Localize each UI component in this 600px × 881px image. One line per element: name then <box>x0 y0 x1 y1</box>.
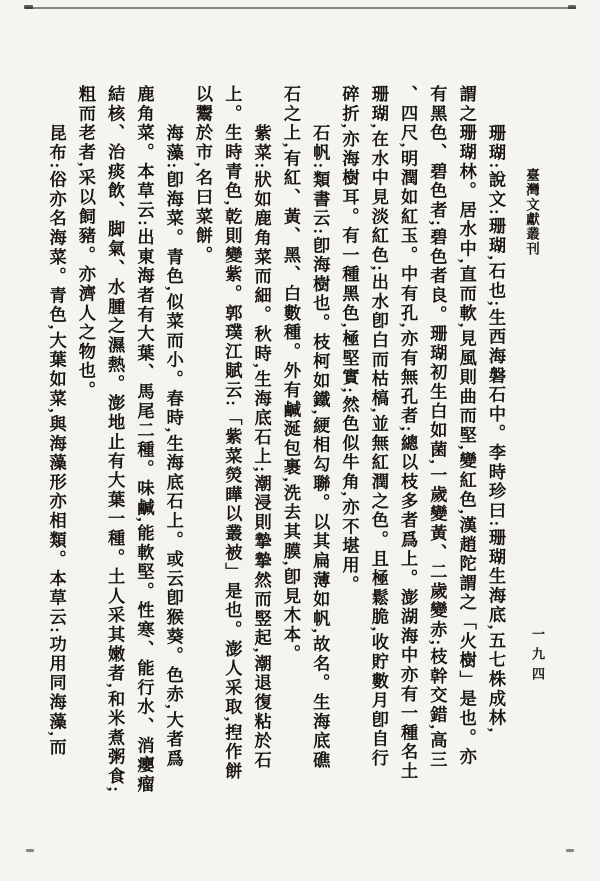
text-column: 上。生時青色,乾則變紫。郭璞江賦云:「紫菜熒曄以叢被」是也。澎人采取,揑作餅 <box>217 85 246 818</box>
text-column: 珊瑚,在水中見淡紅色;出水卽白而枯槁,並無紅潤之色。且極鬆脆,收貯數月卽自行 <box>364 85 393 818</box>
text-column: 鹿角菜。本草云:出東海者有大葉、馬尾二種。味鹹,能軟堅。性寒、能行水、消癭瘤 <box>129 85 158 818</box>
text-column: 石帆:類書云:卽海樹也。枝柯如鐵,綆相勾聯。以其扁薄如帆,故名。生海底礁 <box>305 85 334 818</box>
scan-corner-mark <box>24 5 33 9</box>
text-column: 石之上,有紅、黃、黑、白數種。外有鹹涎包裹,洗去其膜,卽見木本。 <box>276 85 305 818</box>
text-column: 紫菜:狀如鹿角菜而細。秋時,生海底石上;潮浸則摯摯然而竪起,潮退復粘於石 <box>246 85 275 818</box>
text-column: 海藻:卽海菜。青色,似菜而小。春時,生海底石上。或云卽猴葵。色赤,大者爲 <box>158 85 187 818</box>
text-column: 以鬻於市,名曰菜餅。 <box>188 85 217 818</box>
text-column: 謂之珊瑚林。居水中,直而軟,見風則曲而堅,變紅色,漢趙陀謂之「火樹」是也。亦 <box>451 85 480 818</box>
text-column: 、四尺,明潤如紅玉。中有孔,亦有無孔者;總以枝多者爲上。澎湖海中亦有一種名土 <box>393 85 422 818</box>
running-header: 臺灣文獻叢刊 <box>521 168 541 260</box>
text-column: 粗而老者,采以飼豬。亦濟人之物也。 <box>71 85 100 818</box>
text-block: 珊瑚:說文:珊瑚,石也;生西海磐石中。李時珍曰:珊瑚生海底,五七株成林,謂之珊瑚… <box>40 85 510 821</box>
text-column: 昆布:俗亦名海菜。青色,大葉如菜,與海藻形亦相類。本草云:功用同海藻,而 <box>41 85 70 818</box>
scanned-book-page: 臺灣文獻叢刊 一九四 珊瑚:說文:珊瑚,石也;生西海磐石中。李時珍曰:珊瑚生海底… <box>0 0 600 881</box>
page-number: 一九四 <box>527 627 547 693</box>
scan-corner-mark <box>568 5 576 9</box>
text-column: 結核、治痰飲、脚氣、水腫之濕熱。澎地止有大葉一種。土人采其嫩者,和米煮粥食; <box>100 85 129 818</box>
text-column: 有黑色、碧色者;碧色者良。珊瑚初生白如菌,一歲變黃、二歲變赤;枝幹交錯,高三 <box>422 85 451 818</box>
scan-corner-mark <box>566 849 574 852</box>
scan-corner-mark <box>26 849 34 852</box>
text-column: 珊瑚:說文:珊瑚,石也;生西海磐石中。李時珍曰:珊瑚生海底,五七株成林, <box>481 85 510 818</box>
text-column: 碎折,亦海樹耳。有一種黑色,極堅實;然色似牛角,亦不堪用。 <box>334 85 363 818</box>
scan-edge-line <box>25 7 576 9</box>
